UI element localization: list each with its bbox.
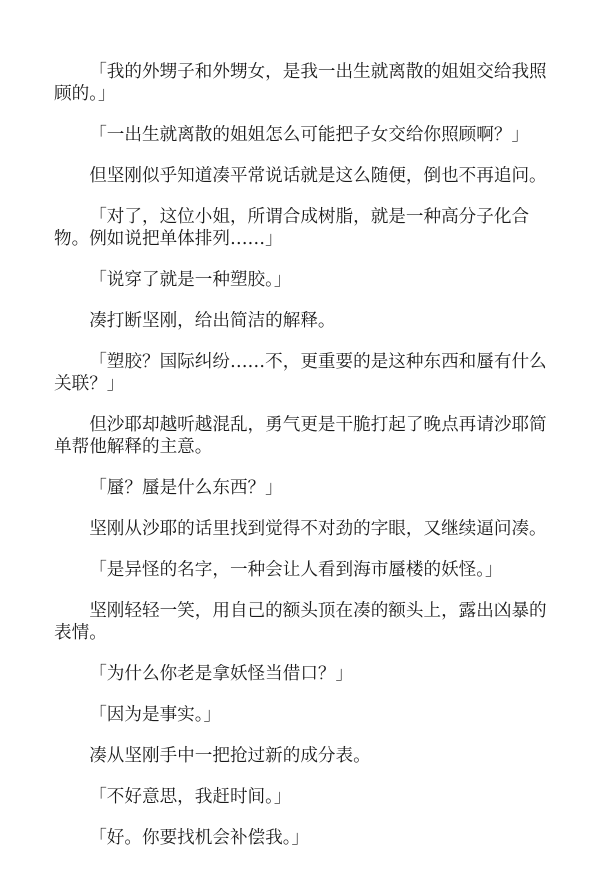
paragraph: 凑从坚刚手中一把抢过新的成分表。 xyxy=(54,745,550,767)
paragraph: 「蜃？蜃是什么东西？」 xyxy=(54,477,550,499)
paragraph: 「是异怪的名字，一种会让人看到海市蜃楼的妖怪。」 xyxy=(54,559,550,581)
paragraph: 「说穿了就是一种塑胶。」 xyxy=(54,269,550,291)
paragraph: 「不好意思，我赶时间。」 xyxy=(54,786,550,808)
paragraph: 「好。你要找机会补偿我。」 xyxy=(54,827,550,849)
paragraph: 「因为是事实。」 xyxy=(54,704,550,726)
document-page: 「我的外甥子和外甥女，是我一出生就离散的姐姐交给我照顾的。」 「一出生就离散的姐… xyxy=(54,61,550,868)
paragraph: 「对了，这位小姐，所谓合成树脂，就是一种高分子化合物。例如说把单体排列……」 xyxy=(54,206,550,250)
paragraph: 「一出生就离散的姐姐怎么可能把子女交给你照顾啊？」 xyxy=(54,124,550,146)
paragraph: 「塑胶？国际纠纷……不，更重要的是这种东西和蜃有什么关联？」 xyxy=(54,351,550,395)
paragraph: 「为什么你老是拿妖怪当借口？」 xyxy=(54,663,550,685)
paragraph: 但沙耶却越听越混乱，勇气更是干脆打起了晚点再请沙耶简单帮他解释的主意。 xyxy=(54,414,550,458)
paragraph: 坚刚从沙耶的话里找到觉得不对劲的字眼，又继续逼问凑。 xyxy=(54,518,550,540)
paragraph: 凑打断坚刚，给出简洁的解释。 xyxy=(54,310,550,332)
paragraph: 但坚刚似乎知道凑平常说话就是这么随便，倒也不再追问。 xyxy=(54,165,550,187)
paragraph: 坚刚轻轻一笑，用自己的额头顶在凑的额头上，露出凶暴的表情。 xyxy=(54,600,550,644)
paragraph: 「我的外甥子和外甥女，是我一出生就离散的姐姐交给我照顾的。」 xyxy=(54,61,550,105)
